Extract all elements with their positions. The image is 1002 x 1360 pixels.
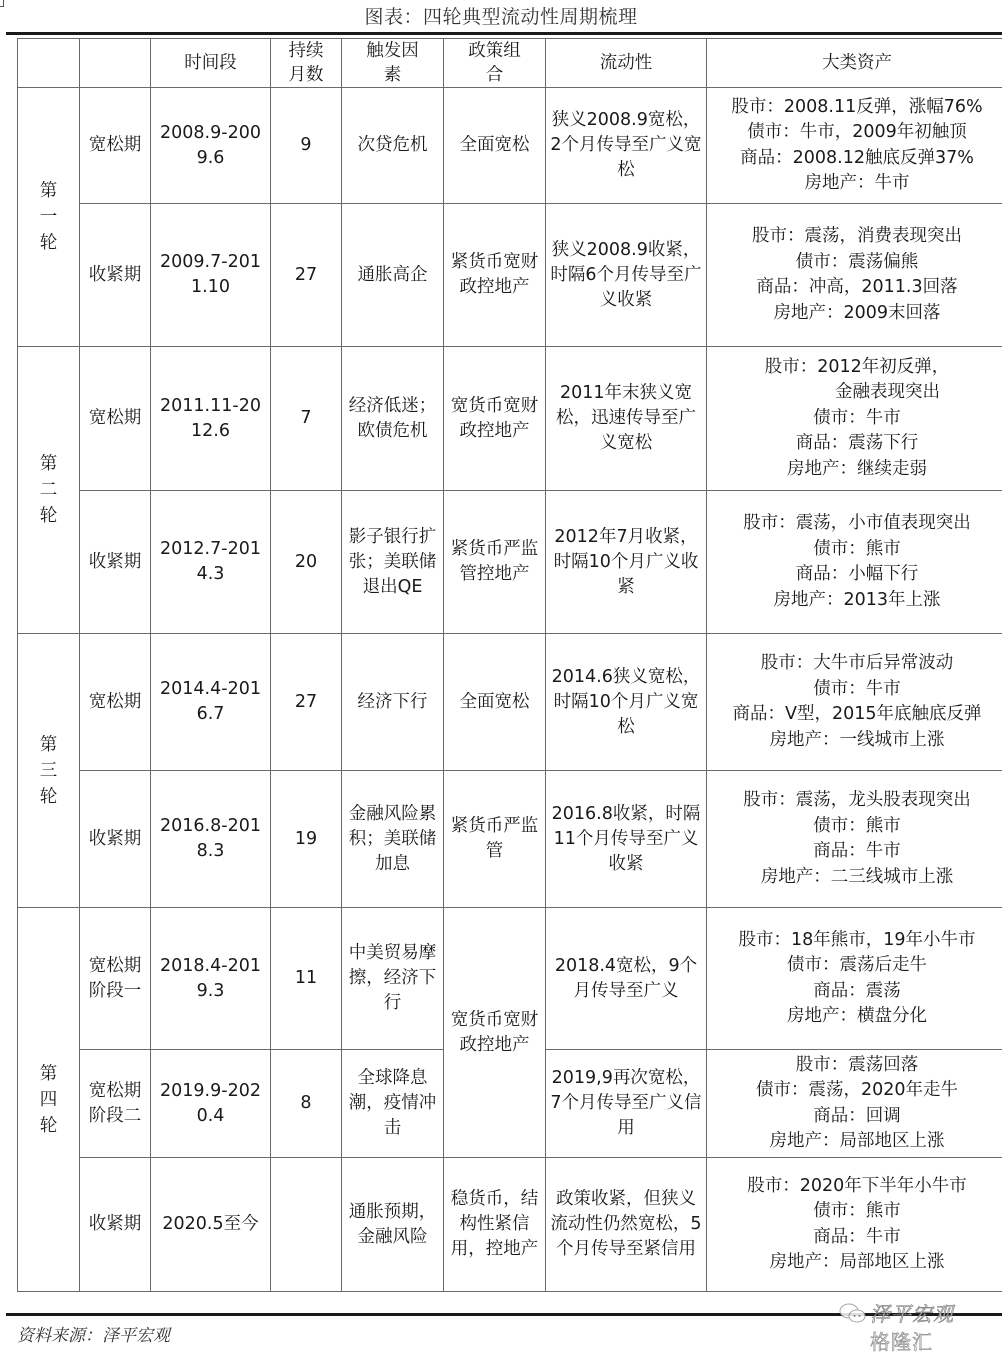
watermark-site: 格隆汇 bbox=[870, 1326, 933, 1355]
liquidity-cell: 政策收紧，但狭义流动性仍然宽松，5个月传导至紧信用 bbox=[546, 1158, 707, 1292]
trigger-cell: 金融风险累积；美联储加息 bbox=[342, 771, 444, 908]
round-char: 轮 bbox=[39, 784, 59, 810]
liquidity-cell: 2011年末狭义宽松，迅速传导至广义宽松 bbox=[546, 347, 707, 491]
period-cell: 2016.8-2018.3 bbox=[151, 771, 271, 908]
liquidity-cell: 2019,9再次宽松，7个月传导至广义信用 bbox=[546, 1050, 707, 1158]
period-cell: 2012.7-2014.3 bbox=[151, 491, 271, 634]
table-row: 第 三 轮 宽松期 2014.4-2016.7 27 经济下行 全面宽松 201… bbox=[18, 634, 1002, 771]
months-cell: 9 bbox=[271, 88, 342, 204]
liquidity-cell: 2018.4宽松，9个月传导至广义 bbox=[546, 908, 707, 1050]
asset-property: 房地产：横盘分化 bbox=[711, 1004, 1002, 1030]
asset-bond: 债市：震荡后走牛 bbox=[711, 953, 1002, 979]
round-label: 第 三 轮 bbox=[18, 634, 80, 908]
asset-commodity: 商品：V型，2015年底触底反弹 bbox=[711, 702, 1002, 728]
trigger-cell: 通胀高企 bbox=[342, 204, 444, 347]
assets-cell: 股市：大牛市后异常波动 债市：牛市 商品：V型，2015年底触底反弹 房地产：一… bbox=[707, 634, 1002, 771]
months-cell: 27 bbox=[271, 204, 342, 347]
round-char: 四 bbox=[39, 1087, 59, 1113]
trigger-cell: 中美贸易摩擦，经济下行 bbox=[342, 908, 444, 1050]
asset-commodity: 商品：震荡 bbox=[711, 979, 1002, 1005]
policy-cell: 紧货币宽财政控地产 bbox=[444, 204, 546, 347]
watermark: 泽平宏观 格隆汇 bbox=[838, 1296, 1002, 1356]
asset-bond: 债市：牛市，2009年初触顶 bbox=[711, 120, 1002, 146]
table-row: 收紧期 2009.7-2011.10 27 通胀高企 紧货币宽财政控地产 狭义2… bbox=[18, 204, 1002, 347]
round-label: 第 四 轮 bbox=[18, 908, 80, 1292]
phase-cell: 收紧期 bbox=[80, 491, 151, 634]
asset-stock: 股市：震荡，消费表现突出 bbox=[711, 224, 1002, 250]
months-cell: 19 bbox=[271, 771, 342, 908]
header-policy: 政策组合 bbox=[444, 39, 546, 88]
months-cell bbox=[271, 1158, 342, 1292]
header-row: 时间段 持续月数 触发因素 政策组合 流动性 大类资产 bbox=[18, 39, 1002, 88]
asset-commodity: 商品：牛市 bbox=[711, 839, 1002, 865]
assets-cell: 股市：震荡，消费表现突出 债市：震荡偏熊 商品：冲高，2011.3回落 房地产：… bbox=[707, 204, 1002, 347]
period-cell: 2019.9-2020.4 bbox=[151, 1050, 271, 1158]
period-cell: 2011.11-2012.6 bbox=[151, 347, 271, 491]
asset-bond: 债市：熊市 bbox=[711, 1199, 1002, 1225]
header-policy-line1: 政策组 bbox=[468, 41, 521, 61]
trigger-cell: 次贷危机 bbox=[342, 88, 444, 204]
header-policy-line2: 合 bbox=[486, 65, 504, 85]
liquidity-cell: 2016.8收紧，时隔11个月传导至广义收紧 bbox=[546, 771, 707, 908]
header-round bbox=[18, 39, 80, 88]
asset-property: 房地产：二三线城市上涨 bbox=[711, 865, 1002, 891]
round-label: 第 二 轮 bbox=[18, 347, 80, 634]
trigger-cell: 经济下行 bbox=[342, 634, 444, 771]
table-row: 第 四 轮 宽松期阶段一 2018.4-2019.3 11 中美贸易摩擦，经济下… bbox=[18, 908, 1002, 1050]
header-duration-line2: 月数 bbox=[289, 65, 324, 85]
policy-cell: 宽货币宽财政控地产 bbox=[444, 347, 546, 491]
header-period: 时间段 bbox=[151, 39, 271, 88]
asset-stock: 股市：震荡，小市值表现突出 bbox=[711, 511, 1002, 537]
table-row: 第 一 轮 宽松期 2008.9-2009.6 9 次贷危机 全面宽松 狭义20… bbox=[18, 88, 1002, 204]
period-cell: 2018.4-2019.3 bbox=[151, 908, 271, 1050]
trigger-cell: 经济低迷；欧债危机 bbox=[342, 347, 444, 491]
asset-stock-continued: 金融表现突出 bbox=[711, 380, 1002, 406]
asset-commodity: 商品：2008.12触底反弹37% bbox=[711, 146, 1002, 172]
liquidity-cell: 2014.6狭义宽松，时隔10个月广义宽松 bbox=[546, 634, 707, 771]
policy-cell: 紧货币严监管 bbox=[444, 771, 546, 908]
months-cell: 27 bbox=[271, 634, 342, 771]
policy-cell: 紧货币严监管控地产 bbox=[444, 491, 546, 634]
asset-property: 房地产：2013年上涨 bbox=[711, 588, 1002, 614]
assets-cell: 股市：震荡回落 债市：震荡，2020年走牛 商品：回调 房地产：局部地区上涨 bbox=[707, 1050, 1002, 1158]
assets-cell: 股市：18年熊市，19年小牛市 债市：震荡后走牛 商品：震荡 房地产：横盘分化 bbox=[707, 908, 1002, 1050]
liquidity-cell: 狭义2008.9宽松，2个月传导至广义宽松 bbox=[546, 88, 707, 204]
phase-cell: 收紧期 bbox=[80, 204, 151, 347]
header-trigger-line2: 素 bbox=[384, 65, 402, 85]
asset-commodity: 商品：回调 bbox=[711, 1104, 1002, 1130]
trigger-cell: 通胀预期，金融风险 bbox=[342, 1158, 444, 1292]
asset-stock: 股市：震荡回落 bbox=[711, 1053, 1002, 1079]
watermark-brand: 泽平宏观 bbox=[870, 1298, 954, 1327]
phase-cell: 宽松期 bbox=[80, 88, 151, 204]
asset-stock: 股市：2012年初反弹， bbox=[711, 355, 1002, 381]
trigger-cell: 影子银行扩张；美联储退出QE bbox=[342, 491, 444, 634]
table-row: 第 二 轮 宽松期 2011.11-2012.6 7 经济低迷；欧债危机 宽货币… bbox=[18, 347, 1002, 491]
phase-cell: 收紧期 bbox=[80, 771, 151, 908]
round-char: 第 bbox=[39, 451, 59, 477]
assets-cell: 股市：2020年下半年小牛市 债市：熊市 商品：牛市 房地产：局部地区上涨 bbox=[707, 1158, 1002, 1292]
asset-property: 房地产：局部地区上涨 bbox=[711, 1129, 1002, 1155]
asset-stock: 股市：2020年下半年小牛市 bbox=[711, 1174, 1002, 1200]
asset-commodity: 商品：震荡下行 bbox=[711, 431, 1002, 457]
trigger-cell: 全球降息潮，疫情冲击 bbox=[342, 1050, 444, 1158]
assets-cell: 股市：震荡，龙头股表现突出 债市：熊市 商品：牛市 房地产：二三线城市上涨 bbox=[707, 771, 1002, 908]
table-row: 收紧期 2012.7-2014.3 20 影子银行扩张；美联储退出QE 紧货币严… bbox=[18, 491, 1002, 634]
round-label: 第 一 轮 bbox=[18, 88, 80, 347]
period-cell: 2014.4-2016.7 bbox=[151, 634, 271, 771]
asset-bond: 债市：震荡偏熊 bbox=[711, 250, 1002, 276]
period-cell: 2008.9-2009.6 bbox=[151, 88, 271, 204]
asset-bond: 债市：熊市 bbox=[711, 814, 1002, 840]
top-rule bbox=[6, 32, 1002, 35]
chart-title: 图表：四轮典型流动性周期梳理 bbox=[0, 5, 1002, 29]
header-trigger-line1: 触发因 bbox=[366, 41, 419, 61]
period-cell: 2020.5至今 bbox=[151, 1158, 271, 1292]
liquidity-cycle-table: 时间段 持续月数 触发因素 政策组合 流动性 大类资产 第 一 轮 宽松期 20… bbox=[17, 38, 1002, 1292]
policy-cell: 稳货币，结构性紧信用，控地产 bbox=[444, 1158, 546, 1292]
round-char: 轮 bbox=[39, 1113, 59, 1139]
header-assets: 大类资产 bbox=[707, 39, 1002, 88]
header-duration: 持续月数 bbox=[271, 39, 342, 88]
round-char: 一 bbox=[39, 204, 59, 230]
asset-bond: 债市：熊市 bbox=[711, 537, 1002, 563]
policy-cell: 全面宽松 bbox=[444, 88, 546, 204]
phase-cell: 宽松期阶段一 bbox=[80, 908, 151, 1050]
table-row: 收紧期 2020.5至今 通胀预期，金融风险 稳货币，结构性紧信用，控地产 政策… bbox=[18, 1158, 1002, 1292]
policy-cell: 全面宽松 bbox=[444, 634, 546, 771]
asset-stock: 股市：2008.11反弹，涨幅76% bbox=[711, 95, 1002, 121]
source-note: 资料来源：泽平宏观 bbox=[17, 1321, 170, 1346]
round-char: 三 bbox=[39, 758, 59, 784]
asset-bond: 债市：牛市 bbox=[711, 406, 1002, 432]
asset-property: 房地产：局部地区上涨 bbox=[711, 1250, 1002, 1276]
round-char: 二 bbox=[39, 477, 59, 503]
round-char: 轮 bbox=[39, 503, 59, 529]
period-cell: 2009.7-2011.10 bbox=[151, 204, 271, 347]
phase-cell: 宽松期 bbox=[80, 347, 151, 491]
assets-cell: 股市：震荡，小市值表现突出 债市：熊市 商品：小幅下行 房地产：2013年上涨 bbox=[707, 491, 1002, 634]
asset-commodity: 商品：小幅下行 bbox=[711, 562, 1002, 588]
assets-cell: 股市：2012年初反弹， 金融表现突出 债市：牛市 商品：震荡下行 房地产：继续… bbox=[707, 347, 1002, 491]
round-char: 第 bbox=[39, 1061, 59, 1087]
asset-property: 房地产：继续走弱 bbox=[711, 457, 1002, 483]
liquidity-cell: 狭义2008.9收紧，时隔6个月传导至广义收紧 bbox=[546, 204, 707, 347]
round-char: 轮 bbox=[39, 230, 59, 256]
header-trigger: 触发因素 bbox=[342, 39, 444, 88]
phase-cell: 宽松期 bbox=[80, 634, 151, 771]
liquidity-cell: 2012年7月收紧，时隔10个月广义收紧 bbox=[546, 491, 707, 634]
phase-cell: 收紧期 bbox=[80, 1158, 151, 1292]
asset-stock: 股市：震荡，龙头股表现突出 bbox=[711, 788, 1002, 814]
asset-property: 房地产：牛市 bbox=[711, 171, 1002, 197]
months-cell: 11 bbox=[271, 908, 342, 1050]
asset-bond: 债市：震荡，2020年走牛 bbox=[711, 1078, 1002, 1104]
months-cell: 8 bbox=[271, 1050, 342, 1158]
months-cell: 20 bbox=[271, 491, 342, 634]
header-phase bbox=[80, 39, 151, 88]
asset-stock: 股市：大牛市后异常波动 bbox=[711, 651, 1002, 677]
asset-property: 房地产：2009末回落 bbox=[711, 301, 1002, 327]
phase-cell: 宽松期阶段二 bbox=[80, 1050, 151, 1158]
asset-commodity: 商品：牛市 bbox=[711, 1225, 1002, 1251]
assets-cell: 股市：2008.11反弹，涨幅76% 债市：牛市，2009年初触顶 商品：200… bbox=[707, 88, 1002, 204]
asset-stock: 股市：18年熊市，19年小牛市 bbox=[711, 928, 1002, 954]
asset-property: 房地产：一线城市上涨 bbox=[711, 728, 1002, 754]
policy-cell-shared: 宽货币宽财政控地产 bbox=[444, 908, 546, 1158]
header-liquidity: 流动性 bbox=[546, 39, 707, 88]
months-cell: 7 bbox=[271, 347, 342, 491]
asset-commodity: 商品：冲高，2011.3回落 bbox=[711, 275, 1002, 301]
round-char: 第 bbox=[39, 178, 59, 204]
round-char: 第 bbox=[39, 732, 59, 758]
table-row: 收紧期 2016.8-2018.3 19 金融风险累积；美联储加息 紧货币严监管… bbox=[18, 771, 1002, 908]
wechat-icon bbox=[838, 1302, 868, 1326]
asset-bond: 债市：牛市 bbox=[711, 677, 1002, 703]
header-duration-line1: 持续 bbox=[289, 41, 324, 61]
